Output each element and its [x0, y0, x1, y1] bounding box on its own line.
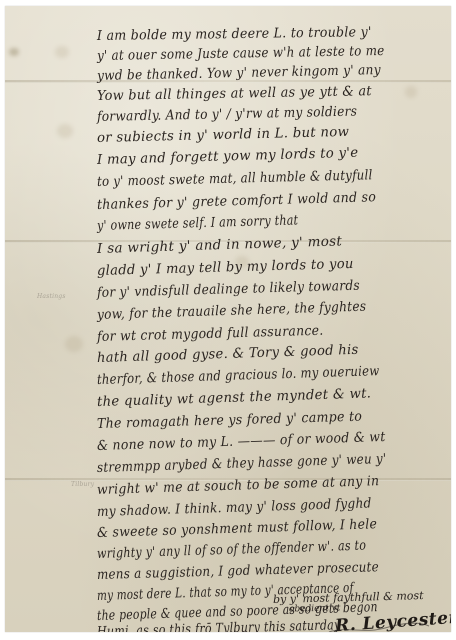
letter-line: the quality wt agenst the myndet & wt. [97, 385, 372, 410]
letter-line: for wt crot mygodd full assurance. [97, 323, 324, 345]
manuscript-page: Hastings Tilbury I am bolde my most deer… [5, 6, 451, 632]
letter-line: hath all good gyse. & Tory & good his [97, 342, 359, 366]
letter-line: I am bolde my most deere L. to trouble y… [97, 24, 372, 44]
letter-line: for y' vndisfull dealinge to likely towa… [97, 278, 360, 301]
closing-line: obedient vt [289, 603, 341, 614]
letter-line: therfor, & those and gracious lo. my oue… [97, 363, 380, 388]
letter-line: mens a suggistion, I god whatever prosec… [97, 559, 379, 583]
paper-stain [65, 336, 83, 352]
letter-line: forwardly. And to y' / y'rw at my soldie… [97, 104, 358, 125]
margin-annotation: Hastings [37, 293, 66, 300]
letter-line: y' owne swete self. I am sorry that [97, 212, 299, 234]
paper-stain [405, 86, 417, 98]
paper-stain [55, 46, 69, 58]
paper-stain [57, 124, 73, 138]
letter-line: or subiects in y' world in L. but now [97, 124, 350, 146]
letter-line: my shadow. I think. may y' loss good fyg… [97, 495, 372, 520]
letter-line: stremmpp arybed & they hasse gone y' weu… [97, 451, 387, 476]
letter-line: & none now to my L. ——— of or wood & wt [97, 429, 386, 454]
margin-annotation: Tilbury [71, 481, 94, 488]
letter-line: wrighty y' any ll of so of the offender … [97, 538, 367, 562]
letter-line: gladd y' I may tell by my lords to you [97, 256, 354, 279]
letter-line: y' at ouer some Juste cause w'h at leste… [97, 43, 385, 64]
signature-flourish-icon [325, 614, 435, 632]
letter-line: wright w' me at souch to be some at any … [97, 473, 380, 498]
paper-stain [9, 48, 19, 56]
letter-line: The romagath here ys fored y' campe to [97, 409, 363, 432]
letter-line: I may and forgett yow my lords to y'e [97, 145, 359, 168]
letter-line: I sa wright y' and in nowe, y' most [97, 233, 343, 257]
letter-line: & sweete so yonshment must follow, I hel… [97, 516, 378, 541]
letter-line: to y' moost swete mat, all humble & duty… [97, 167, 373, 190]
letter-line: thankes for y' grete comfort I wold and … [97, 189, 377, 213]
letter-line: yow, for the trauaile she here, the fygh… [97, 299, 367, 323]
letter-line: Yow but all thinges at well as ye ytt & … [97, 83, 372, 104]
